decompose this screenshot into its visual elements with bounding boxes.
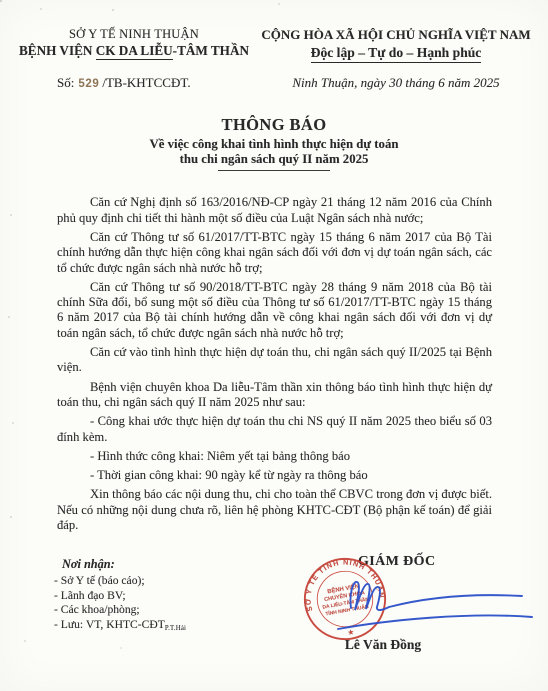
recipient-item-text: - Lưu: VT, KHTC-CĐT	[54, 618, 165, 631]
recipient-item: - Lãnh đạo BV;	[54, 589, 186, 604]
body-paragraph: Căn cứ Thông tư số 90/2018/TT-BTC ngày 2…	[57, 280, 492, 341]
hospital-name: BỆNH VIỆN CK DA LIỄU-TÂM THẦN	[10, 42, 258, 59]
document-header: SỞ Y TẾ NINH THUẬN BỆNH VIỆN CK DA LIỄU-…	[0, 0, 548, 92]
national-title: CỘNG HÒA XÃ HỘI CHỦ NGHĨA VIỆT NAM	[258, 27, 534, 43]
national-motto: Độc lập – Tự do – Hạnh phúc	[311, 45, 482, 63]
body-list-item: - Công khai ước thực hiện dự toán thu ch…	[57, 414, 492, 445]
recipients-heading: Nơi nhận:	[62, 557, 186, 572]
body-paragraph: Căn cứ vào tình hình thực hiện dự toán t…	[57, 345, 492, 376]
recipients-block: Nơi nhận: - Sở Y tế (báo cáo); - Lãnh đạ…	[54, 557, 186, 636]
recipient-item: - Lưu: VT, KHTC-CĐTP.T.Hải	[54, 618, 186, 637]
document-number-value: 529	[74, 78, 102, 90]
body-list-item: - Hình thức công khai: Niêm yết tại bảng…	[57, 449, 492, 464]
body-paragraph: Xin thông báo các nội dung thu, chi cho …	[57, 487, 492, 533]
body-paragraph: Căn cứ Nghị định số 163/2016/NĐ-CP ngày …	[57, 195, 492, 226]
title-block: THÔNG BÁO Về việc công khai tình hình th…	[0, 116, 548, 171]
hospital-name-prefix: BỆNH VIỆN	[19, 43, 96, 58]
director-signature-icon	[328, 572, 538, 644]
body-paragraph: Bệnh viện chuyên khoa Da liễu-Tâm thần x…	[57, 380, 492, 411]
body-list-item: - Thời gian công khai: 90 ngày kể từ ngà…	[57, 468, 492, 483]
hospital-name-underlined: CK DA LIỄU	[96, 43, 173, 60]
document-body: Căn cứ Nghị định số 163/2016/NĐ-CP ngày …	[57, 195, 492, 533]
body-paragraph: Căn cứ Thông tư số 61/2017/TT-BTC ngày 1…	[57, 230, 492, 276]
issuing-org-block: SỞ Y TẾ NINH THUẬN BỆNH VIỆN CK DA LIỄU-…	[10, 27, 258, 92]
national-header-block: CỘNG HÒA XÃ HỘI CHỦ NGHĨA VIỆT NAM Độc l…	[258, 27, 548, 92]
place-and-date: Ninh Thuận, ngày 30 tháng 6 năm 2025	[258, 75, 534, 91]
title-underline-rule	[218, 170, 330, 171]
scan-noise-specks	[0, 0, 2, 2]
document-title: THÔNG BÁO	[0, 116, 548, 134]
drafter-initials: P.T.Hải	[165, 625, 186, 632]
parent-org-name: SỞ Y TẾ NINH THUẬN	[10, 27, 258, 42]
signer-name: Lê Văn Đồng	[324, 637, 442, 653]
document-number-suffix: /TB-KHTCCĐT.	[102, 75, 190, 90]
hospital-name-suffix: -TÂM THẦN	[173, 43, 249, 58]
document-subject-line1: Về việc công khai tình hình thực hiện dự…	[0, 137, 548, 152]
document-number-label: Số:	[57, 75, 74, 90]
scanned-document-page: SỞ Y TẾ NINH THUẬN BỆNH VIỆN CK DA LIỄU-…	[0, 0, 548, 691]
document-subject-line2: thu chi ngân sách quý II năm 2025	[0, 152, 548, 167]
recipient-item: - Sở Y tế (báo cáo);	[54, 574, 186, 589]
recipient-item: - Các khoa/phòng;	[54, 603, 186, 618]
document-number-line: Số:529/TB-KHTCCĐT.	[10, 75, 258, 92]
